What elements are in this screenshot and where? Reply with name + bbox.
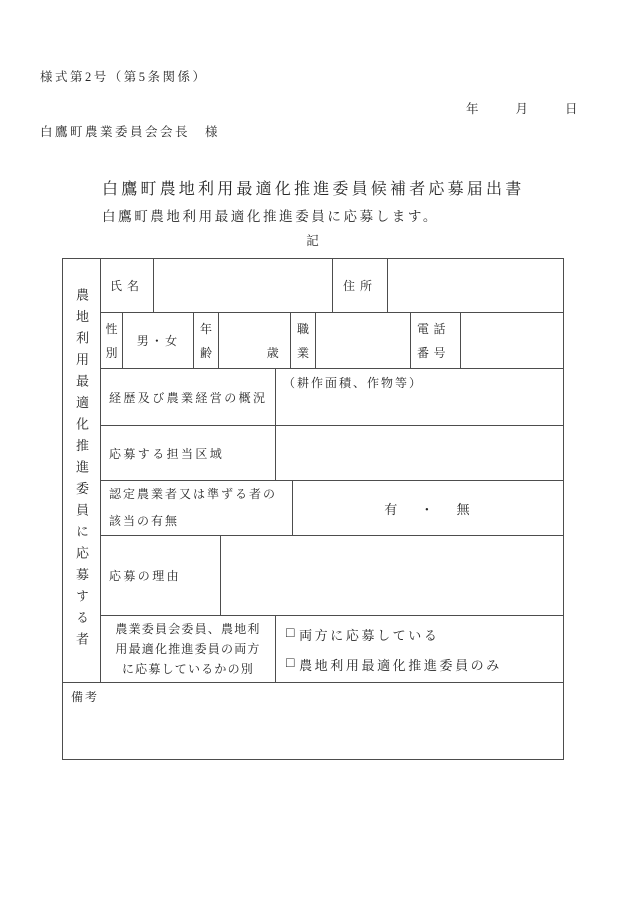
option-only-suitei-label: 農地利用最適化推進委員のみ xyxy=(299,655,502,674)
date-day-label: 日 xyxy=(565,99,578,117)
dual-application-label: 農業委員会委員、農地利用最適化推進委員の両方に応募しているかの別 xyxy=(101,616,276,682)
table-row: 農業委員会委員、農地利用最適化推進委員の両方に応募しているかの別 □ 両方に応募… xyxy=(101,616,563,682)
table-row: 応募の理由 xyxy=(101,536,563,616)
option-both-label: 両方に応募している xyxy=(299,625,439,644)
application-table: 農地利用最適化推進委員に応募する者 氏名 住所 性別 男・女 年齢 歳 職業 xyxy=(62,258,564,760)
option-only-suitei[interactable]: □ 農地利用最適化推進委員のみ xyxy=(286,655,502,674)
table-row: 性別 男・女 年齢 歳 職業 電話番号 xyxy=(101,313,563,369)
checkbox-icon[interactable]: □ xyxy=(286,656,297,672)
table-row: 認定農業者又は準ずる者の該当の有無 有 ・ 無 xyxy=(101,481,563,536)
table-row: 応募する担当区域 xyxy=(101,426,563,481)
addressee: 白鷹町農業委員会会長 様 xyxy=(40,122,220,140)
career-hint: （耕作面積、作物等） xyxy=(283,374,423,391)
table-row: 経歴及び農業経営の概況 （耕作面積、作物等） xyxy=(101,369,563,426)
certified-farmer-label: 認定農業者又は準ずる者の該当の有無 xyxy=(101,481,293,535)
reason-input-cell[interactable] xyxy=(221,536,563,615)
table-main: 農地利用最適化推進委員に応募する者 氏名 住所 性別 男・女 年齢 歳 職業 xyxy=(63,259,563,683)
address-input-cell[interactable] xyxy=(388,259,563,312)
age-unit-label: 歳 xyxy=(267,344,281,361)
table-row: 氏名 住所 xyxy=(101,259,563,313)
date-month-label: 月 xyxy=(516,99,529,117)
remarks-label: 備考 xyxy=(71,690,99,704)
phone-label-text: 電話番号 xyxy=(417,317,454,365)
address-label: 住所 xyxy=(333,259,388,312)
age-input-cell[interactable]: 歳 xyxy=(219,313,291,368)
gender-choice[interactable]: 男・女 xyxy=(123,313,194,368)
choice-yes-label: 有 xyxy=(384,499,399,518)
page-title: 白鷹町農地利用最適化推進委員候補者応募届出書 xyxy=(102,176,524,199)
name-input-cell[interactable] xyxy=(154,259,333,312)
career-input-cell[interactable]: （耕作面積、作物等） xyxy=(276,369,563,425)
name-label: 氏名 xyxy=(101,259,154,312)
occupation-label: 職業 xyxy=(291,313,316,368)
remarks-input-cell[interactable]: 備考 xyxy=(63,683,563,759)
area-label: 応募する担当区域 xyxy=(101,426,276,480)
phone-input-cell[interactable] xyxy=(461,313,563,368)
choice-no-label: 無 xyxy=(457,499,472,518)
form-page: 様式第2号（第5条関係） 年 月 日 白鷹町農業委員会会長 様 白鷹町農地利用最… xyxy=(0,0,630,915)
age-label: 年齢 xyxy=(194,313,219,368)
reason-label: 応募の理由 xyxy=(101,536,221,615)
table-rows: 氏名 住所 性別 男・女 年齢 歳 職業 電話番号 xyxy=(101,259,563,682)
applicant-group-vertical-label: 農地利用最適化推進委員に応募する者 xyxy=(63,259,101,682)
occupation-input-cell[interactable] xyxy=(316,313,411,368)
option-both[interactable]: □ 両方に応募している xyxy=(286,625,439,644)
form-number: 様式第2号（第5条関係） xyxy=(40,67,208,85)
choice-separator: ・ xyxy=(420,499,435,518)
declaration-text: 白鷹町農地利用最適化推進委員に応募します。 xyxy=(102,205,439,225)
checkbox-icon[interactable]: □ xyxy=(286,626,297,642)
certified-farmer-choice[interactable]: 有 ・ 無 xyxy=(293,481,563,535)
date-year-label: 年 xyxy=(466,99,479,117)
gender-label: 性別 xyxy=(101,313,123,368)
record-mark: 記 xyxy=(62,231,564,249)
phone-label: 電話番号 xyxy=(411,313,461,368)
dual-application-options: □ 両方に応募している □ 農地利用最適化推進委員のみ xyxy=(276,616,563,682)
area-input-cell[interactable] xyxy=(276,426,563,480)
career-label: 経歴及び農業経営の概況 xyxy=(101,369,276,425)
date-line: 年 月 日 xyxy=(466,99,578,117)
